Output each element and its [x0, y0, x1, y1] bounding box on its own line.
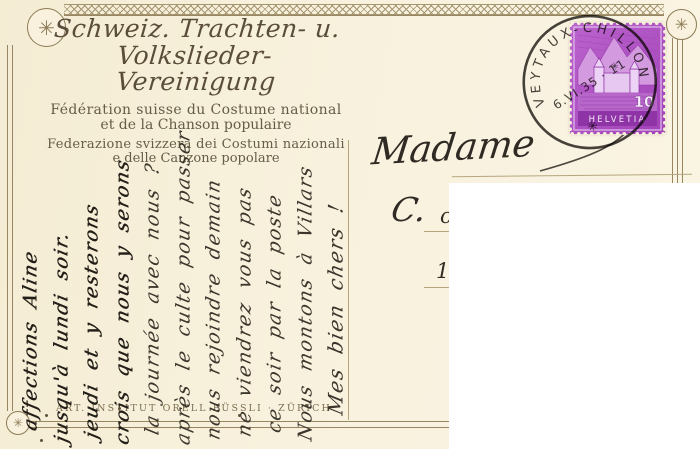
message-line: après le culte pour passer	[168, 71, 198, 447]
address-line3-fragment: 1	[436, 259, 449, 283]
message-line: affections Aline	[16, 71, 46, 447]
message-line: ne viendrez vous pas	[229, 71, 259, 447]
ornament-flower-icon: ✳	[675, 15, 688, 34]
message-line: nous rejoindre demain	[199, 71, 229, 447]
message-line: crois que nous y serons	[107, 71, 137, 447]
frame-left-line-outer	[7, 45, 8, 411]
postcard-back: ✳ ✳ ✳ Schweiz. Trachten- u. Volkslieder-…	[0, 0, 700, 449]
frame-right-line-inner	[682, 38, 683, 183]
redaction-overlay	[449, 183, 700, 449]
association-name-german-line1: Schweiz. Trachten- u. Volkslieder-	[28, 16, 365, 69]
handwritten-message: Mes bien chers ! Nous montons à Villars …	[16, 75, 351, 445]
message-line: Nous montons à Villars	[290, 71, 320, 447]
postmark-star-icon: ✳	[586, 119, 600, 136]
message-line: jusqu'à lundi soir.	[46, 71, 76, 447]
frame-left-line-inner	[12, 45, 13, 411]
message-line: Mes bien chers !	[321, 71, 351, 447]
message-line: la journée avec nous ?	[138, 71, 168, 447]
message-line: ce soir par la poste	[260, 71, 290, 447]
corner-ornament-top-right: ✳	[666, 9, 697, 40]
message-line: jeudi et y resterons	[77, 71, 107, 447]
address-line-initial: C.	[388, 190, 431, 229]
